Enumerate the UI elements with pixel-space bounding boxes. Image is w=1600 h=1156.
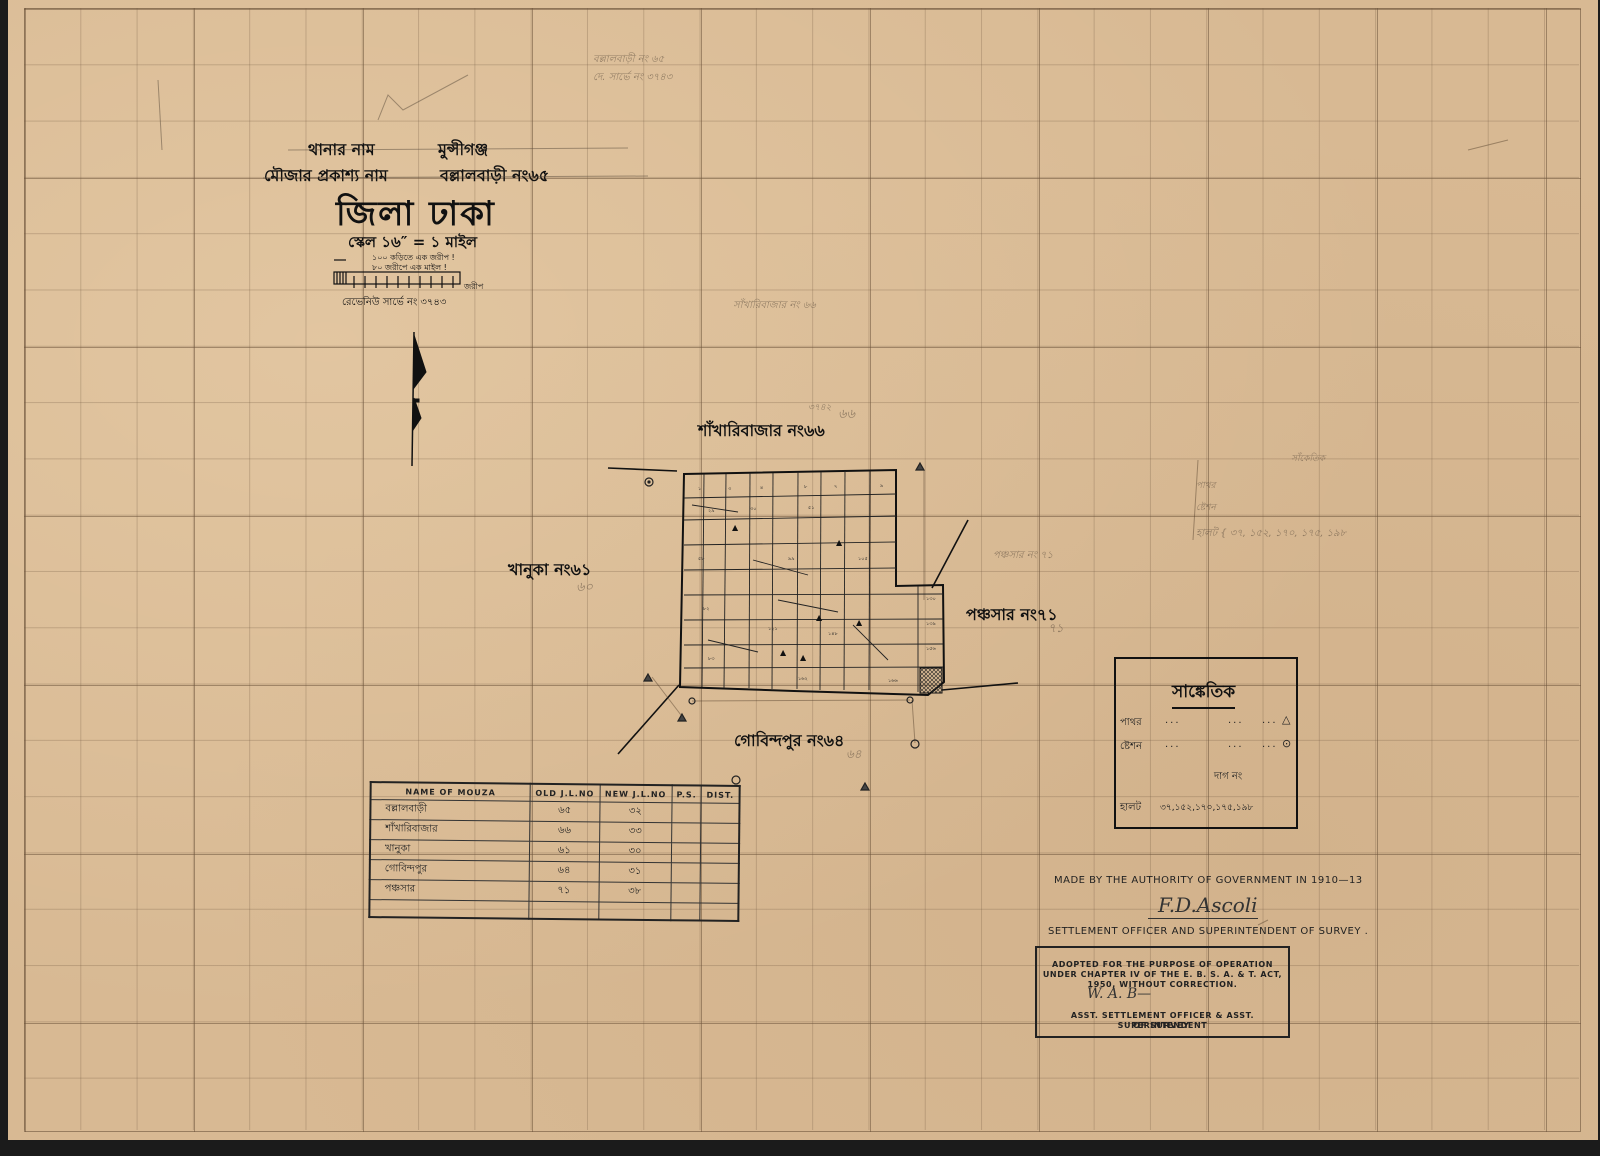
- col-header: P.S.: [672, 785, 702, 803]
- legend-label: ষ্টেশন: [1120, 741, 1142, 752]
- old-jl-no: ৭১: [529, 881, 599, 902]
- old-jl-no: ৬১: [529, 841, 599, 862]
- col-header: NAME OF MOUZA: [371, 782, 531, 801]
- dist: [701, 863, 739, 883]
- svg-text:১৩৯: ১৩৯: [926, 621, 936, 627]
- legend-box: সাঙ্কেতিক পাথর ......... △ ষ্টেশন ......…: [1114, 657, 1298, 829]
- ps: [671, 863, 701, 883]
- svg-text:▲: ▲: [816, 613, 823, 622]
- svg-text:৩: ৩: [728, 486, 732, 492]
- mouza-name: শাঁখারিবাজার: [370, 820, 530, 842]
- svg-text:১০৫: ১০৫: [858, 556, 868, 562]
- dist: [700, 883, 738, 903]
- svg-text:১৩০: ১৩০: [926, 596, 936, 602]
- dist: [701, 803, 739, 823]
- stamp-line: ADOPTED FOR THE PURPOSE OF OPERATION: [1037, 960, 1288, 970]
- mouza-name: বল্লালবাড়ী: [370, 800, 530, 822]
- svg-text:৯: ৯: [880, 483, 883, 489]
- stamp-line: 1950, WITHOUT CORRECTION.: [1037, 980, 1288, 990]
- svg-text:১২১: ১২১: [768, 626, 778, 632]
- svg-text:১৬২: ১৬২: [798, 676, 808, 682]
- svg-text:৫১: ৫১: [808, 505, 815, 511]
- svg-text:▲: ▲: [836, 538, 843, 547]
- stamp-line: UNDER CHAPTER IV OF THE E. B. S. A. & T.…: [1037, 970, 1288, 980]
- legend-title: সাঙ্কেতিক: [1172, 679, 1235, 709]
- svg-text:৮২: ৮২: [703, 606, 710, 612]
- map-drawing: ১৩৪ ৮৭৯ ২৯৩০৫১ ৫৮৯৯১০৫ ৮২১২১১৪৮ ৮৩১৬২১৬৬…: [8, 0, 1598, 1140]
- old-jl-no: ৬৬: [530, 821, 600, 842]
- old-jl-no: ৬৫: [530, 801, 600, 822]
- svg-text:৩০: ৩০: [750, 506, 757, 512]
- svg-text:▲: ▲: [732, 523, 739, 532]
- mouza-name: গোবিন্দপুর: [370, 860, 530, 882]
- signature-ascoli: F.D.Ascoli: [1158, 893, 1258, 917]
- legend-label: পাথর: [1120, 717, 1142, 728]
- legend-label: হালট: [1120, 802, 1141, 813]
- scale-bar: [334, 260, 460, 288]
- svg-text:৯৯: ৯৯: [788, 556, 795, 562]
- mouza-name: খানুকা: [370, 840, 530, 862]
- adoption-stamp: ADOPTED FOR THE PURPOSE OF OPERATION UND…: [1035, 946, 1290, 1038]
- svg-text:▲: ▲: [780, 648, 787, 657]
- map-sheet: থানার নাম মুন্সীগঞ্জ মৌজার প্রকাশ্য নাম …: [8, 0, 1598, 1140]
- made-by-text: MADE BY THE AUTHORITY OF GOVERNMENT IN 1…: [1054, 875, 1363, 886]
- new-jl-no: ৩৩: [599, 822, 671, 843]
- svg-text:১৬৬: ১৬৬: [888, 678, 898, 684]
- dist: [701, 843, 739, 863]
- old-jl-no: ৬৪: [529, 861, 599, 882]
- mouza-table: NAME OF MOUZA OLD J.L.NO NEW J.L.NO P.S.…: [368, 781, 740, 922]
- svg-text:৮: ৮: [804, 484, 808, 490]
- table-row-empty: [369, 900, 738, 921]
- ps: [671, 843, 701, 863]
- svg-text:১৫৬: ১৫৬: [926, 646, 936, 652]
- col-header: OLD J.L.NO: [530, 784, 600, 802]
- triangle-icon: △: [1282, 713, 1290, 726]
- ps: [671, 803, 701, 823]
- new-jl-no: ৩২: [599, 802, 671, 823]
- svg-text:৫৮: ৫৮: [698, 556, 705, 562]
- signature-line: [1148, 918, 1258, 919]
- ps: [671, 823, 701, 843]
- svg-text:▲: ▲: [856, 618, 863, 627]
- legend-row-halot: হালট ৩৭,১৫২,১৭০,১৭৫,১৯৮: [1120, 800, 1292, 817]
- legend-dag-label: দাগ নং: [1214, 769, 1386, 786]
- svg-text:▲: ▲: [800, 653, 807, 662]
- new-jl-no: ৩১: [599, 862, 671, 883]
- dist: [701, 823, 739, 843]
- col-header: NEW J.L.NO: [600, 784, 672, 802]
- legend-row-station: ষ্টেশন ......... ⊙: [1120, 739, 1292, 756]
- hatched-plot: [920, 668, 942, 693]
- svg-text:৮৩: ৮৩: [708, 656, 715, 662]
- mouza-name: পঞ্চসার: [369, 880, 529, 902]
- svg-text:৪: ৪: [760, 485, 763, 491]
- svg-text:১: ১: [698, 486, 701, 492]
- ps: [671, 883, 701, 903]
- circle-dot-icon: ⊙: [1282, 737, 1291, 750]
- stamp-line: OF SURVEY.: [1037, 1021, 1288, 1031]
- halot-value: ৩৭,১৫২,১৭০,১৭৫,১৯৮: [1160, 800, 1253, 815]
- col-header: DIST.: [701, 786, 739, 804]
- officer-title: SETTLEMENT OFFICER AND SUPERINTENDENT OF…: [1048, 926, 1368, 937]
- mouza-boundary: [680, 470, 944, 695]
- svg-text:৭: ৭: [834, 484, 837, 490]
- svg-text:২৯: ২৯: [708, 508, 715, 514]
- legend-row-stone: পাথর ......... △: [1120, 715, 1292, 732]
- survey-markers: [644, 463, 924, 790]
- new-jl-no: ৩৮: [599, 882, 671, 903]
- svg-text:১৪৮: ১৪৮: [828, 631, 838, 637]
- stamp-signature: W. A. B—: [1087, 986, 1151, 1002]
- north-arrow-icon: [412, 332, 426, 466]
- new-jl-no: ৩০: [599, 842, 671, 863]
